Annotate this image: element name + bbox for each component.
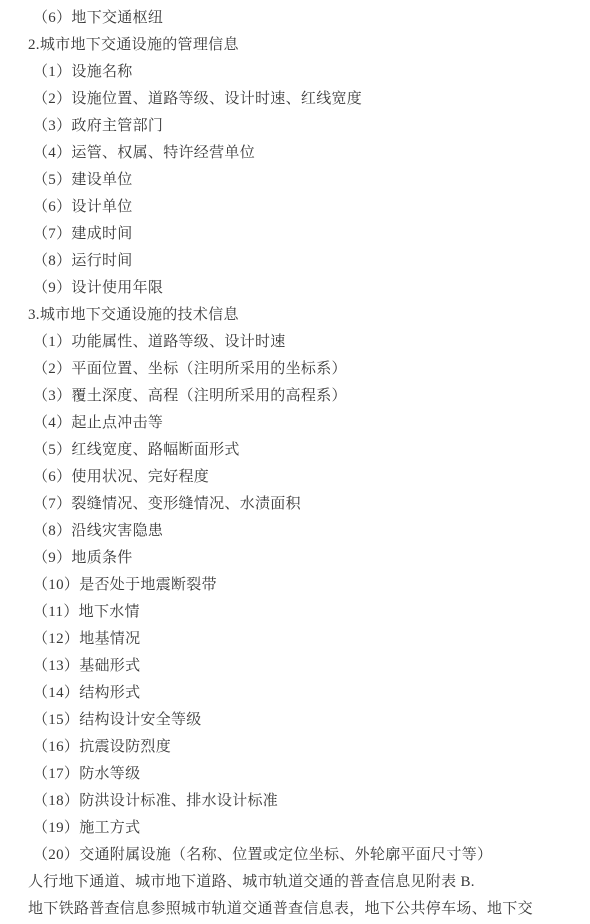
document-page: （6）地下交通枢纽 2.城市地下交通设施的管理信息 （1）设施名称 （2）设施位… — [0, 0, 590, 924]
list-item: （8）沿线灾害隐患 — [0, 518, 590, 545]
list-item: （13）基础形式 — [0, 653, 590, 680]
list-item: （5）红线宽度、路幅断面形式 — [0, 437, 590, 464]
list-item: （4）起止点冲击等 — [0, 410, 590, 437]
list-item: （10）是否处于地震断裂带 — [0, 572, 590, 599]
list-item: （9）地质条件 — [0, 545, 590, 572]
list-item: （14）结构形式 — [0, 680, 590, 707]
list-item: （16）抗震设防烈度 — [0, 734, 590, 761]
list-item: （1）设施名称 — [0, 59, 590, 86]
list-item: （6）地下交通枢纽 — [0, 5, 590, 32]
list-item: （18）防洪设计标准、排水设计标准 — [0, 788, 590, 815]
list-item: （8）运行时间 — [0, 248, 590, 275]
list-item: （6）设计单位 — [0, 194, 590, 221]
list-item: （17）防水等级 — [0, 761, 590, 788]
list-item: （20）交通附属设施（名称、位置或定位坐标、外轮廓平面尺寸等） — [0, 842, 590, 869]
list-item: （5）建设单位 — [0, 167, 590, 194]
list-item: （6）使用状况、完好程度 — [0, 464, 590, 491]
list-item: （11）地下水情 — [0, 599, 590, 626]
list-item: （12）地基情况 — [0, 626, 590, 653]
list-item: （4）运管、权属、特许经营单位 — [0, 140, 590, 167]
list-item: （7）裂缝情况、变形缝情况、水渍面积 — [0, 491, 590, 518]
section-heading: 3.城市地下交通设施的技术信息 — [0, 302, 590, 329]
list-item: （7）建成时间 — [0, 221, 590, 248]
list-item: （1）功能属性、道路等级、设计时速 — [0, 329, 590, 356]
list-item: （9）设计使用年限 — [0, 275, 590, 302]
paragraph-line: 地下铁路普查信息参照城市轨道交通普查信息表，地下公共停车场、地下交 — [0, 896, 590, 923]
list-item: （2）平面位置、坐标（注明所采用的坐标系） — [0, 356, 590, 383]
list-item: （3）覆土深度、高程（注明所采用的高程系） — [0, 383, 590, 410]
list-item: （15）结构设计安全等级 — [0, 707, 590, 734]
list-item: （2）设施位置、道路等级、设计时速、红线宽度 — [0, 86, 590, 113]
list-item: （19）施工方式 — [0, 815, 590, 842]
paragraph-line: 人行地下通道、城市地下道路、城市轨道交通的普查信息见附表 B. — [0, 869, 590, 896]
section-heading: 2.城市地下交通设施的管理信息 — [0, 32, 590, 59]
list-item: （3）政府主管部门 — [0, 113, 590, 140]
